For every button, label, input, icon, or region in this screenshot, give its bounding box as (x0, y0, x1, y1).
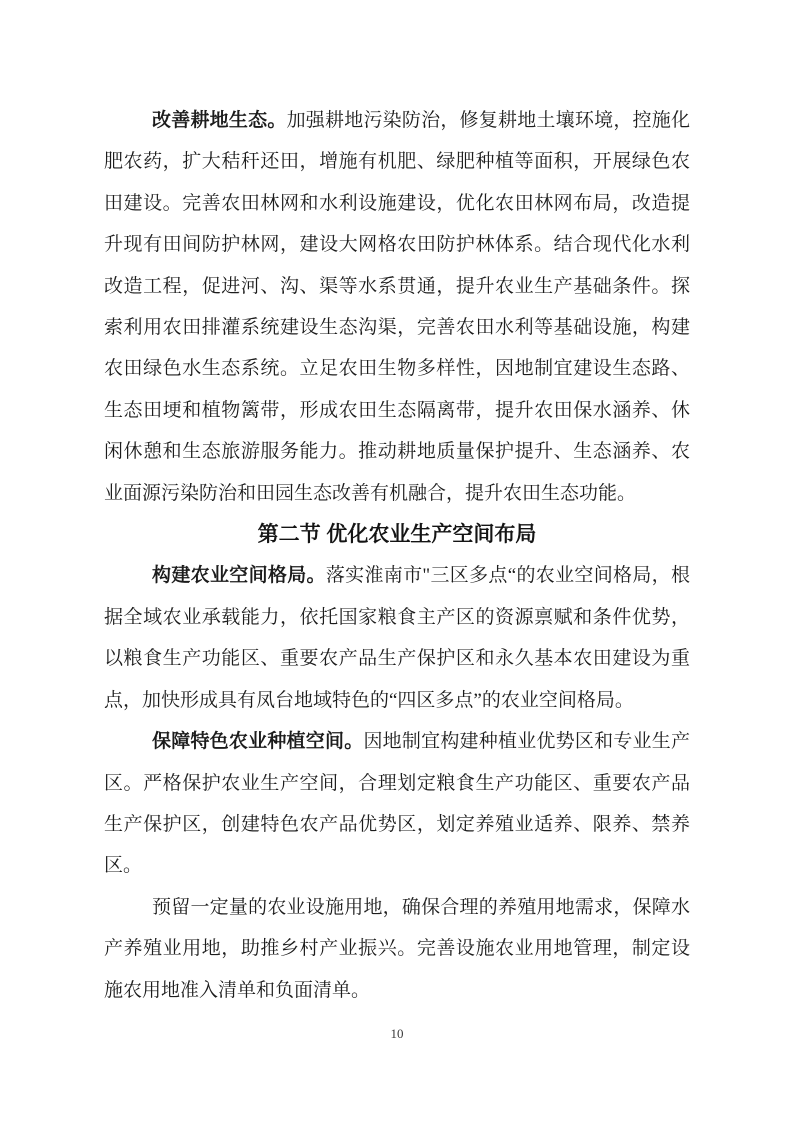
text-line: 改善耕地生态。加强耕地污染防治，修复耕地土壤环境，控施化 (104, 100, 690, 141)
text-line: 生态田埂和植物篱带，形成农田生态隔离带，提升农田保水涵养、休 (104, 390, 690, 431)
paragraph-lead-bold: 改善耕地生态。 (152, 110, 287, 131)
text-line: 据全域农业承载能力，依托国家粮食主产区的资源禀赋和条件优势， (104, 597, 690, 638)
paragraph-lead-bold: 构建农业空间格局。 (152, 565, 326, 586)
text-line: 业面源污染防治和田园生态改善有机融合，提升农田生态功能。 (104, 473, 690, 514)
text-line: 预留一定量的农业设施用地，确保合理的养殖用地需求，保障水 (104, 887, 690, 928)
text-line: 保障特色农业种植空间。因地制宜构建种植业优势区和专业生产 (104, 721, 690, 762)
text-line: 区。 (104, 845, 690, 886)
text-line: 构建农业空间格局。落实淮南市"三区多点“的农业空间格局，根 (104, 555, 690, 596)
text-line: 区。严格保护农业生产空间，合理划定粮食生产功能区、重要农产品 (104, 763, 690, 804)
text-line: 田建设。完善农田林网和水利设施建设，优化农田林网布局，改造提 (104, 183, 690, 224)
section-heading: 第二节 优化农业生产空间布局 (104, 514, 690, 555)
text-line: 施农用地准入清单和负面清单。 (104, 970, 690, 1011)
text-line: 肥农药，扩大秸秆还田，增施有机肥、绿肥种植等面积，开展绿色农 (104, 141, 690, 182)
text-line: 生产保护区，创建特色农产品优势区，划定养殖业适养、限养、禁养 (104, 804, 690, 845)
text-line: 农田绿色水生态系统。立足农田生物多样性，因地制宜建设生态路、 (104, 348, 690, 389)
text-line: 以粮食生产功能区、重要农产品生产保护区和永久基本农田建设为重 (104, 638, 690, 679)
text-line: 产养殖业用地，助推乡村产业振兴。完善设施农业用地管理，制定设 (104, 928, 690, 969)
paragraph-lead-bold: 保障特色农业种植空间。 (152, 731, 363, 752)
document-body: 改善耕地生态。加强耕地污染防治，修复耕地土壤环境，控施化肥农药，扩大秸秆还田，增… (104, 100, 690, 1011)
text-line: 闲休憩和生态旅游服务能力。推动耕地质量保护提升、生态涵养、农 (104, 431, 690, 472)
text-line: 索利用农田排灌系统建设生态沟渠，完善农田水利等基础设施，构建 (104, 307, 690, 348)
document-page: 改善耕地生态。加强耕地污染防治，修复耕地土壤环境，控施化肥农药，扩大秸秆还田，增… (0, 0, 794, 1122)
text-line: 升现有田间防护林网，建设大网格农田防护林体系。结合现代化水利 (104, 224, 690, 265)
text-line: 改造工程，促进河、沟、渠等水系贯通，提升农业生产基础条件。探 (104, 266, 690, 307)
text-line: 点，加快形成具有凤台地域特色的“四区多点”的农业空间格局。 (104, 680, 690, 721)
page-number: 10 (0, 1026, 794, 1042)
